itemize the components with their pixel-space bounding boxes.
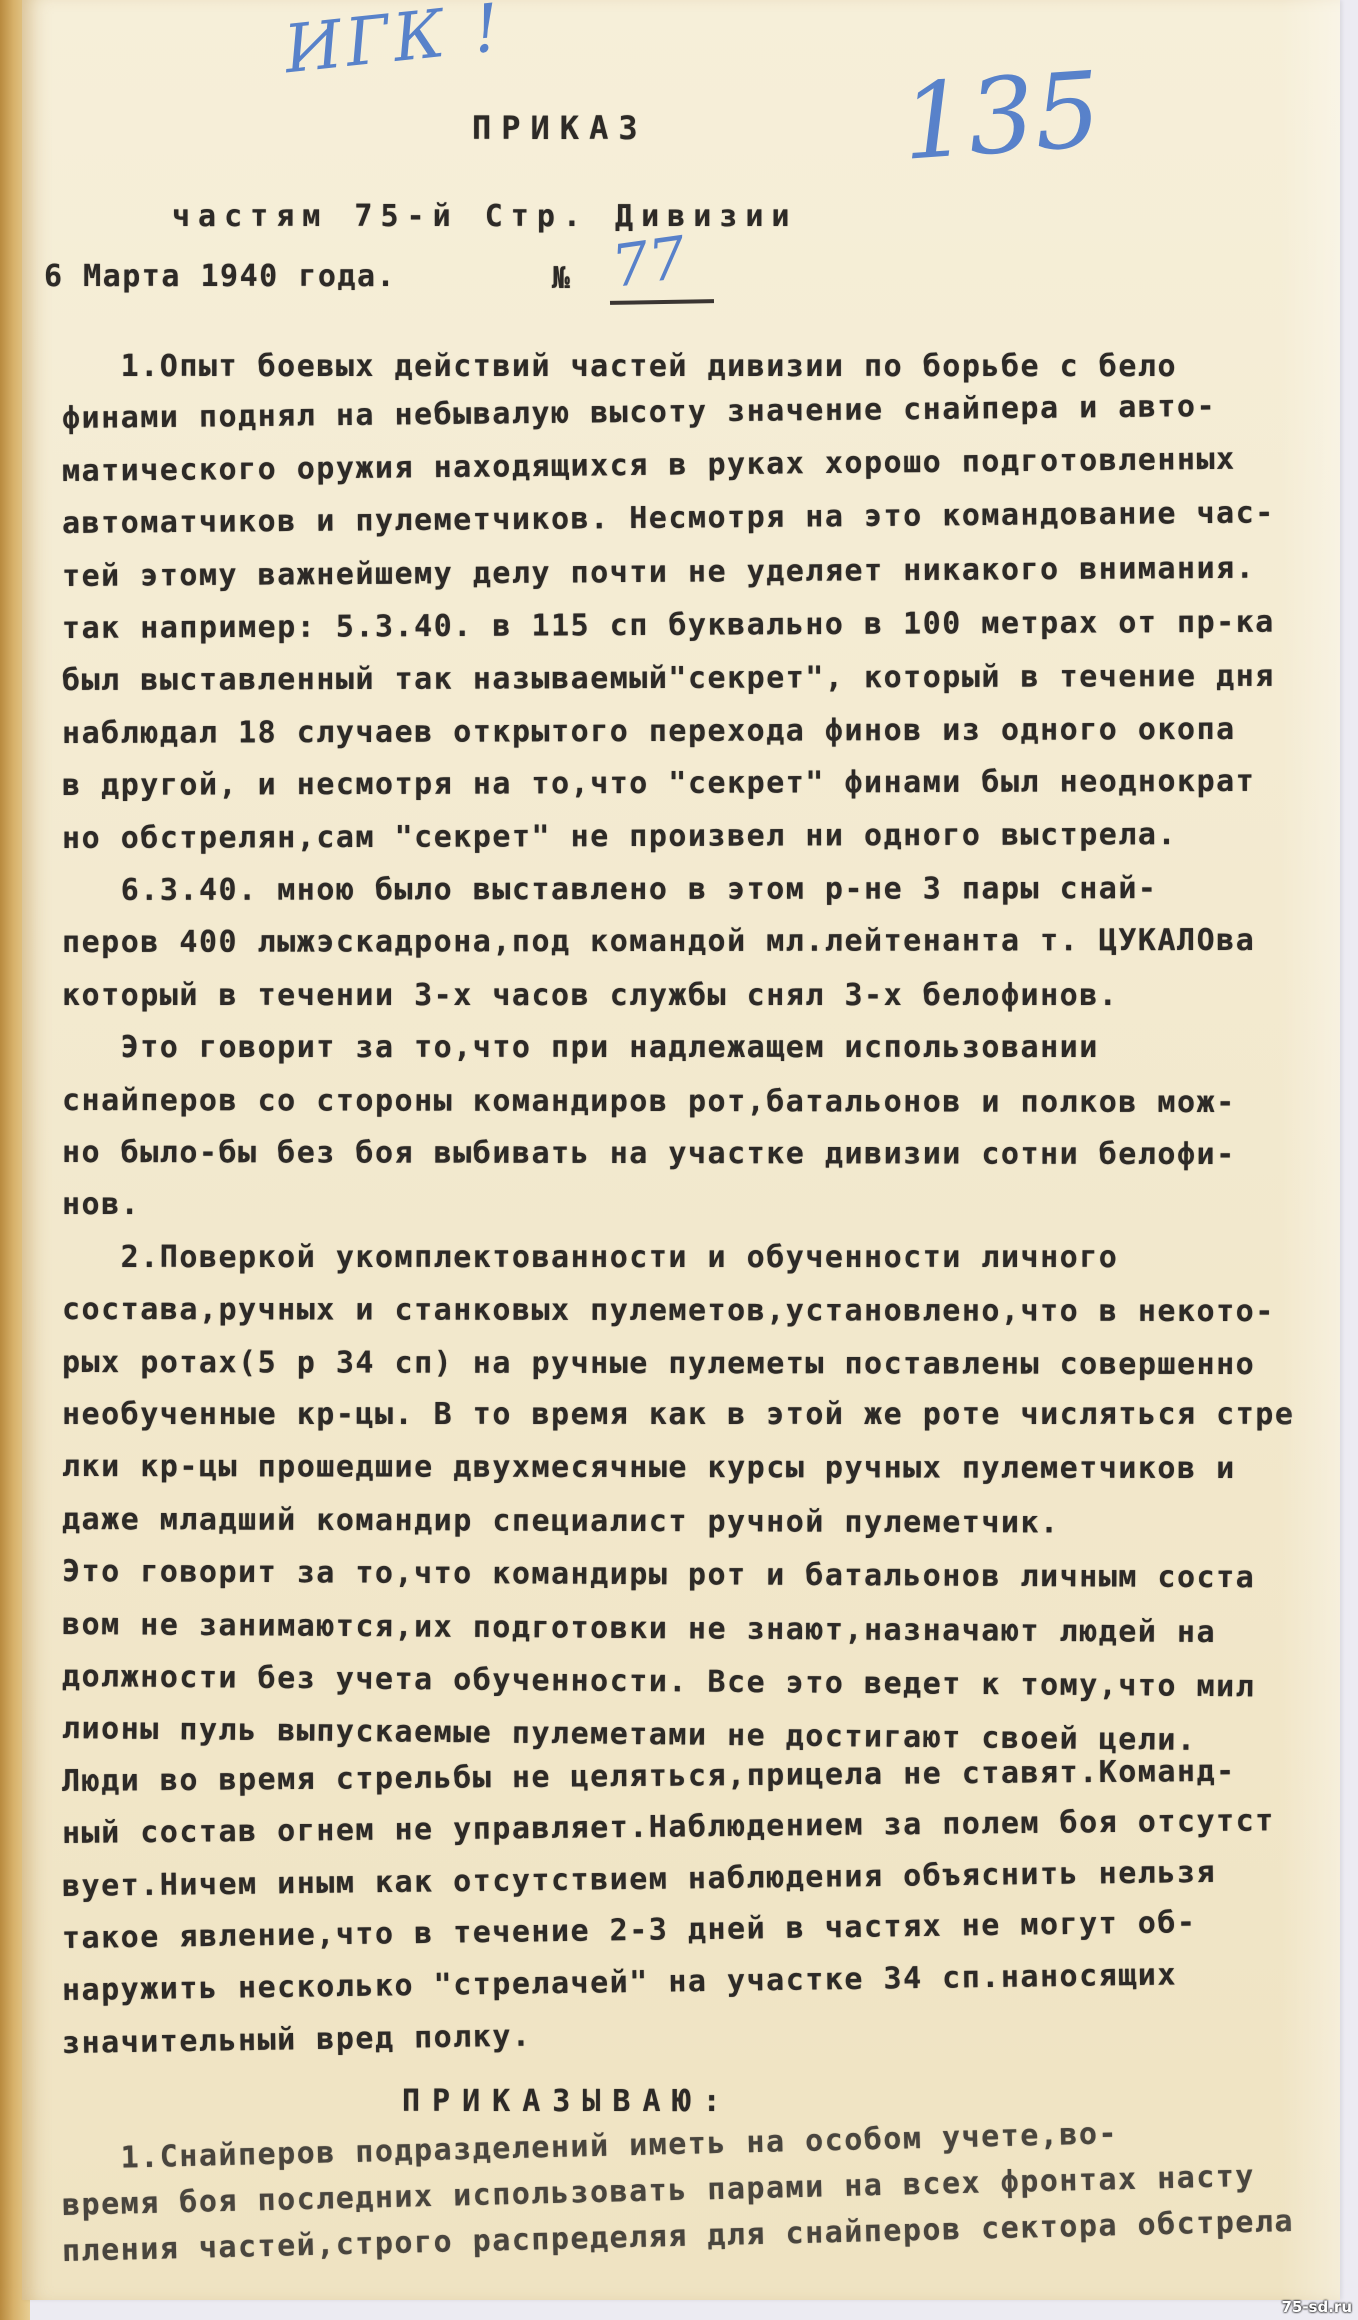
order-section-heading: ПРИКАЗЫВАЮ: [402,2087,733,2117]
body-line: который в течении 3-х часов службы снял … [62,981,1118,1011]
body-line: лки кр-цы прошедшие двухмесячные курсы р… [62,1452,1236,1484]
document-date: 6 Марта 1940 года. [44,262,396,292]
body-line: перов 400 лыжэскадрона,под командой мл.л… [62,926,1255,958]
body-line: в другой, и несмотря на то,что "секрет" … [62,767,1255,801]
body-line: тей этому важнейшему делу почти не уделя… [62,553,1255,591]
document-title: ПРИКАЗ [472,112,648,144]
body-line: должности без учета обученности. Все это… [62,1662,1255,1702]
body-line: нов. [62,1190,140,1220]
order-number-underline [610,299,714,305]
body-line: Это говорит за то,что при надлежащем исп… [62,1033,1099,1063]
body-line: даже младший командир специалист ручной … [62,1505,1060,1538]
body-line: вом не занимаются,их подготовки не знают… [62,1610,1216,1648]
body-line: матического оружия находящихся в руках х… [62,445,1236,487]
body-line: такое явление,что в течение 2-3 дней в ч… [62,1908,1197,1954]
number-sign: № [552,264,572,294]
handwritten-page-number: 135 [898,48,1105,184]
body-line: необученные кр-цы. В то время как в этой… [62,1400,1294,1430]
body-line: состава,ручных и станковых пулеметов,уст… [62,1295,1275,1327]
body-line: вует.Ничем иным как отсутствием наблюден… [62,1857,1216,1901]
body-line: снайперов со стороны командиров рот,бата… [62,1086,1236,1118]
body-line: но было-бы без боя выбивать на участке д… [62,1138,1236,1170]
body-line: автоматчиков и пулеметчиков. Несмотря на… [62,499,1275,540]
handwritten-order-number: 77 [608,223,691,301]
body-line: наружить несколько "стрелачей" на участк… [62,1961,1177,2007]
handwritten-reference-mark: ИГК ! [281,0,508,88]
body-line: рых ротах(5 р 34 сп) на ручные пулеметы … [62,1348,1255,1380]
body-line: ный состав огнем не управляет.Наблюдение… [62,1806,1275,1849]
body-line: финами поднял на небывалую высоту значен… [62,392,1216,434]
body-line: так например: 5.3.40. в 115 сп буквально… [62,608,1275,644]
body-line: но обстрелян,сам "секрет" не произвел ни… [62,820,1177,854]
body-line: был выставленный так называемый"секрет",… [62,662,1275,696]
body-line: Это говорит за то,что командиры рот и ба… [62,1557,1255,1593]
body-line: Люди во время стрельбы не целяться,прице… [62,1757,1236,1797]
body-line: 1.Опыт боевых действий частей дивизии по… [62,352,1177,382]
site-watermark: 75-sd.ru [1281,2298,1352,2316]
body-line: наблюдал 18 случаев открытого перехода ф… [62,715,1236,749]
body-line: 2.Поверкой укомплектованности и обученно… [62,1243,1118,1273]
body-line: 6.3.40. мною было выставлено в этом р-не… [62,874,1158,906]
body-line: лионы пуль выпускаемые пулеметами не дос… [62,1714,1197,1756]
document-subtitle: частям 75-й Стр. Дивизии [172,202,797,232]
body-line: значительный вред полку. [62,2021,532,2058]
document-page: ИГК ! 135 ПРИКАЗ частям 75-й Стр. Дивизи… [22,0,1340,2300]
